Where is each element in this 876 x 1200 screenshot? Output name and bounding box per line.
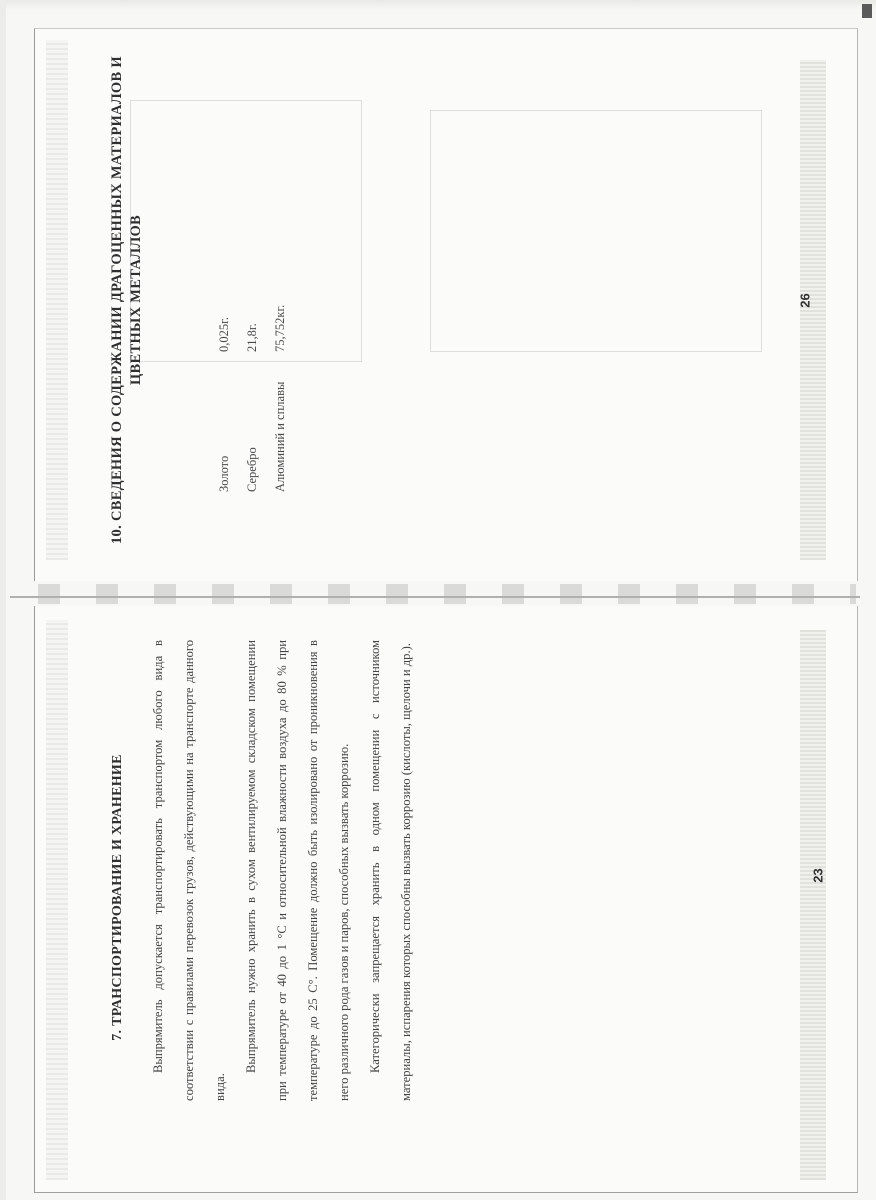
paragraph: Выпрямитель допускается транспортировать… <box>143 620 236 1175</box>
section-body: Выпрямитель допускается транспортировать… <box>143 620 422 1175</box>
page-number: 26 <box>798 293 813 307</box>
page-number: 23 <box>811 868 826 882</box>
paragraph-text: Категорически запрещается хранить в одно… <box>368 640 413 1101</box>
scan-noise-strip <box>46 40 68 560</box>
section-title-line-2: ЦВЕТНЫХ МЕТАЛЛОВ <box>127 40 146 560</box>
metal-name: Алюминий и сплавы <box>273 352 288 492</box>
metal-row: Алюминий и сплавы 75,752кг. <box>266 40 294 492</box>
metal-row: Золото 0,025г. <box>210 40 238 492</box>
section-title: 10. СВЕДЕНИЯ О СОДЕРЖАНИИ ДРАГОЦЕННЫХ МА… <box>108 40 146 560</box>
metal-value: 0,025г. <box>217 232 232 352</box>
page-fold-line <box>10 596 860 598</box>
scan-corner-mark <box>862 4 872 18</box>
scan-noise-strip <box>800 60 826 560</box>
page-fold-shadow <box>20 584 856 604</box>
metal-row: Серебро 21,8г. <box>238 40 266 492</box>
paragraph-text: Выпрямитель допускается транспортировать… <box>151 640 227 1101</box>
scan-edge <box>0 0 6 1200</box>
metal-name: Золото <box>217 352 232 492</box>
paragraph: Выпрямитель нужно хранить в сухом вентил… <box>236 620 360 1175</box>
scan-noise-strip <box>800 630 826 1180</box>
scan-noise-strip <box>46 620 68 1180</box>
section-title-line-1: 10. СВЕДЕНИЯ О СОДЕРЖАНИИ ДРАГОЦЕННЫХ МА… <box>108 40 127 560</box>
metal-value: 21,8г. <box>245 232 260 352</box>
metal-value: 75,752кг. <box>273 232 288 352</box>
paragraph-text: Выпрямитель нужно хранить в сухом вентил… <box>244 640 351 1101</box>
metal-name: Серебро <box>245 352 260 492</box>
section-title: 7. ТРАНСПОРТИРОВАНИЕ И ХРАНЕНИЕ <box>108 620 127 1175</box>
paragraph: Категорически запрещается хранить в одно… <box>360 620 422 1175</box>
metals-list: Золото 0,025г. Серебро 21,8г. Алюминий и… <box>210 40 294 492</box>
document-page-23: 7. ТРАНСПОРТИРОВАНИЕ И ХРАНЕНИЕ Выпрямит… <box>80 620 800 1175</box>
document-page-26: 10. СВЕДЕНИЯ О СОДЕРЖАНИИ ДРАГОЦЕННЫХ МА… <box>80 40 800 560</box>
scan-edge <box>0 0 876 10</box>
